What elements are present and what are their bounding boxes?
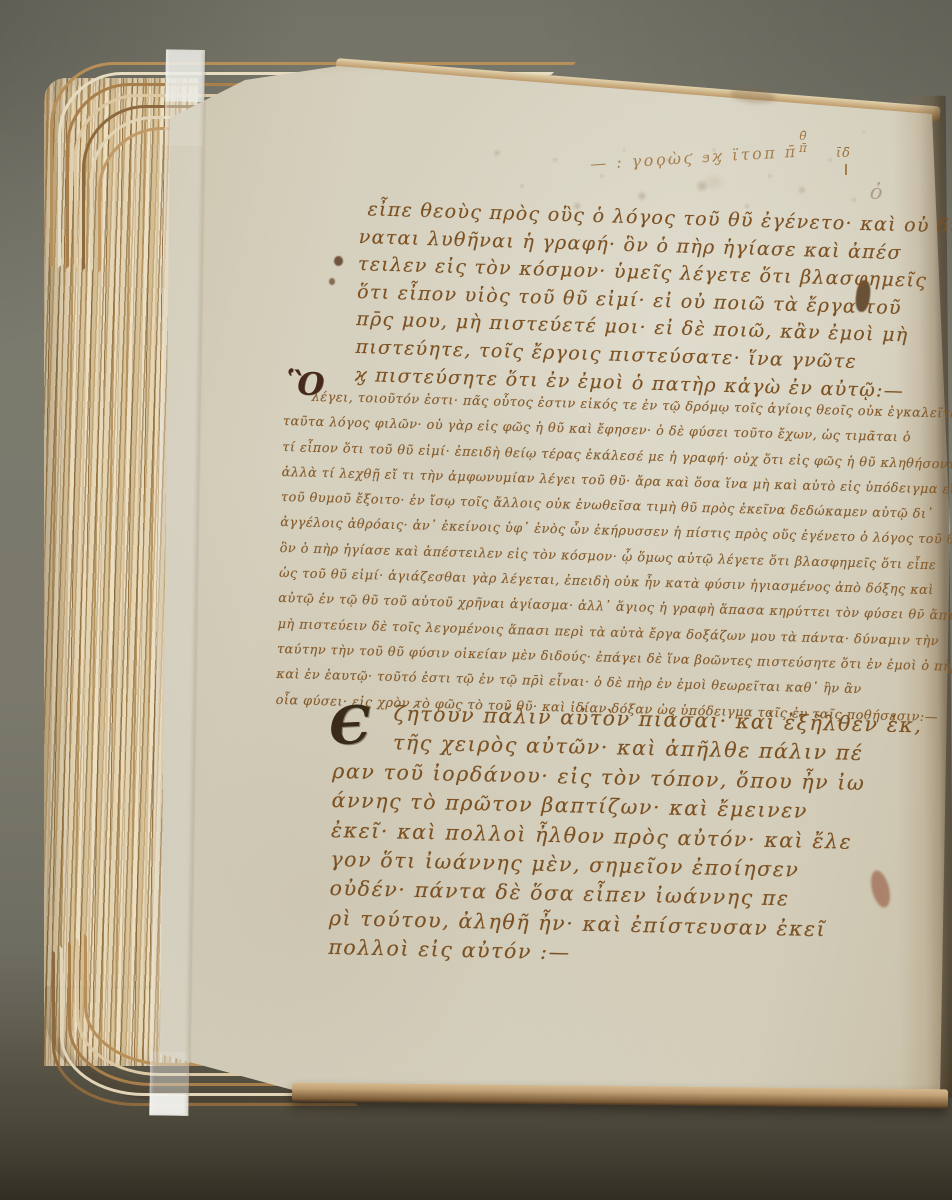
gospel-text-lower-block: Є ζήτουν πάλιν αὐτὸν πιάσαι· καὶ ἐξῆλθεν… [328,698,914,976]
manuscript-photo: ὁ — : γοϙὼϛ ϧϗ ϊτοπ π̄ θ̄ π̄ ῑδ̄ εἶπε θε… [0,0,952,1200]
gospel-text-upper-block: εἶπε θεοὺς πρὸς οὓς ὁ λόγος τοῦ θῦ ἐγένε… [354,196,907,405]
folio-mark: ῑδ̄ [836,146,851,161]
quire-mark: θ̄ π̄ [799,130,807,154]
ink-spot [334,256,343,266]
quire-mark-bottom: π̄ [799,142,807,154]
lower-block-initial-letter: Є [328,699,373,753]
commentary-block: Ὃ λέγει, τοιοῦτόν ἐστι· πᾶς οὗτος ἐστιν … [275,384,913,729]
commentary-initial-letter: Ὃ [286,372,326,398]
ink-spot [329,278,335,285]
